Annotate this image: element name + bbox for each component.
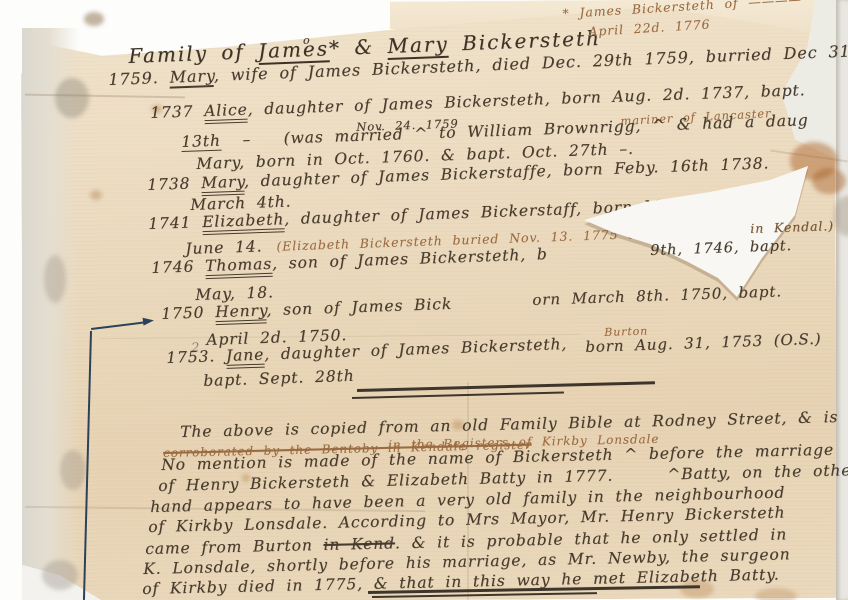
entry-year: 1738 bbox=[147, 174, 201, 194]
entry-name: Thomas bbox=[205, 255, 273, 279]
entry-year: 1737 bbox=[150, 102, 204, 122]
entry-name: Mary bbox=[201, 173, 245, 196]
foxing-stain bbox=[90, 190, 102, 200]
foxing-stain bbox=[44, 255, 66, 303]
scanned-document-page: * James Bickersteth of ———— April 22d. 1… bbox=[0, 0, 848, 600]
entry-year: 1753. bbox=[166, 347, 226, 367]
entry-bapt-day: 13th bbox=[181, 132, 221, 152]
entry-name: Jane bbox=[226, 346, 265, 369]
right-scan-edge bbox=[836, 0, 848, 600]
title-part2: * & bbox=[329, 34, 388, 60]
foxing-stain bbox=[755, 588, 797, 600]
record-name: Mary bbox=[169, 66, 214, 89]
foxing-stain bbox=[60, 450, 86, 490]
title-name-mary: Mary bbox=[387, 32, 449, 60]
foxing-stain bbox=[55, 78, 89, 118]
entry-year: 1741 bbox=[148, 213, 202, 233]
note-struck-text: in Kend bbox=[323, 534, 395, 554]
arrow-icon bbox=[143, 316, 155, 325]
foxing-stain bbox=[812, 168, 846, 194]
title-name-james: James bbox=[258, 36, 330, 65]
entry-name: Elizabeth bbox=[202, 210, 285, 235]
foxing-stain bbox=[42, 560, 78, 590]
foxing-stain bbox=[84, 12, 104, 26]
entry-name: Henry bbox=[215, 301, 267, 325]
entry-year: 1746 bbox=[151, 257, 205, 277]
entry-year: 1750 bbox=[161, 303, 215, 323]
entry-name: Alice bbox=[204, 101, 248, 125]
entry-1741-fragment: in Kendal.) bbox=[750, 218, 834, 236]
record-year: 1759. bbox=[108, 68, 159, 89]
title-part1: Family of bbox=[128, 39, 258, 68]
